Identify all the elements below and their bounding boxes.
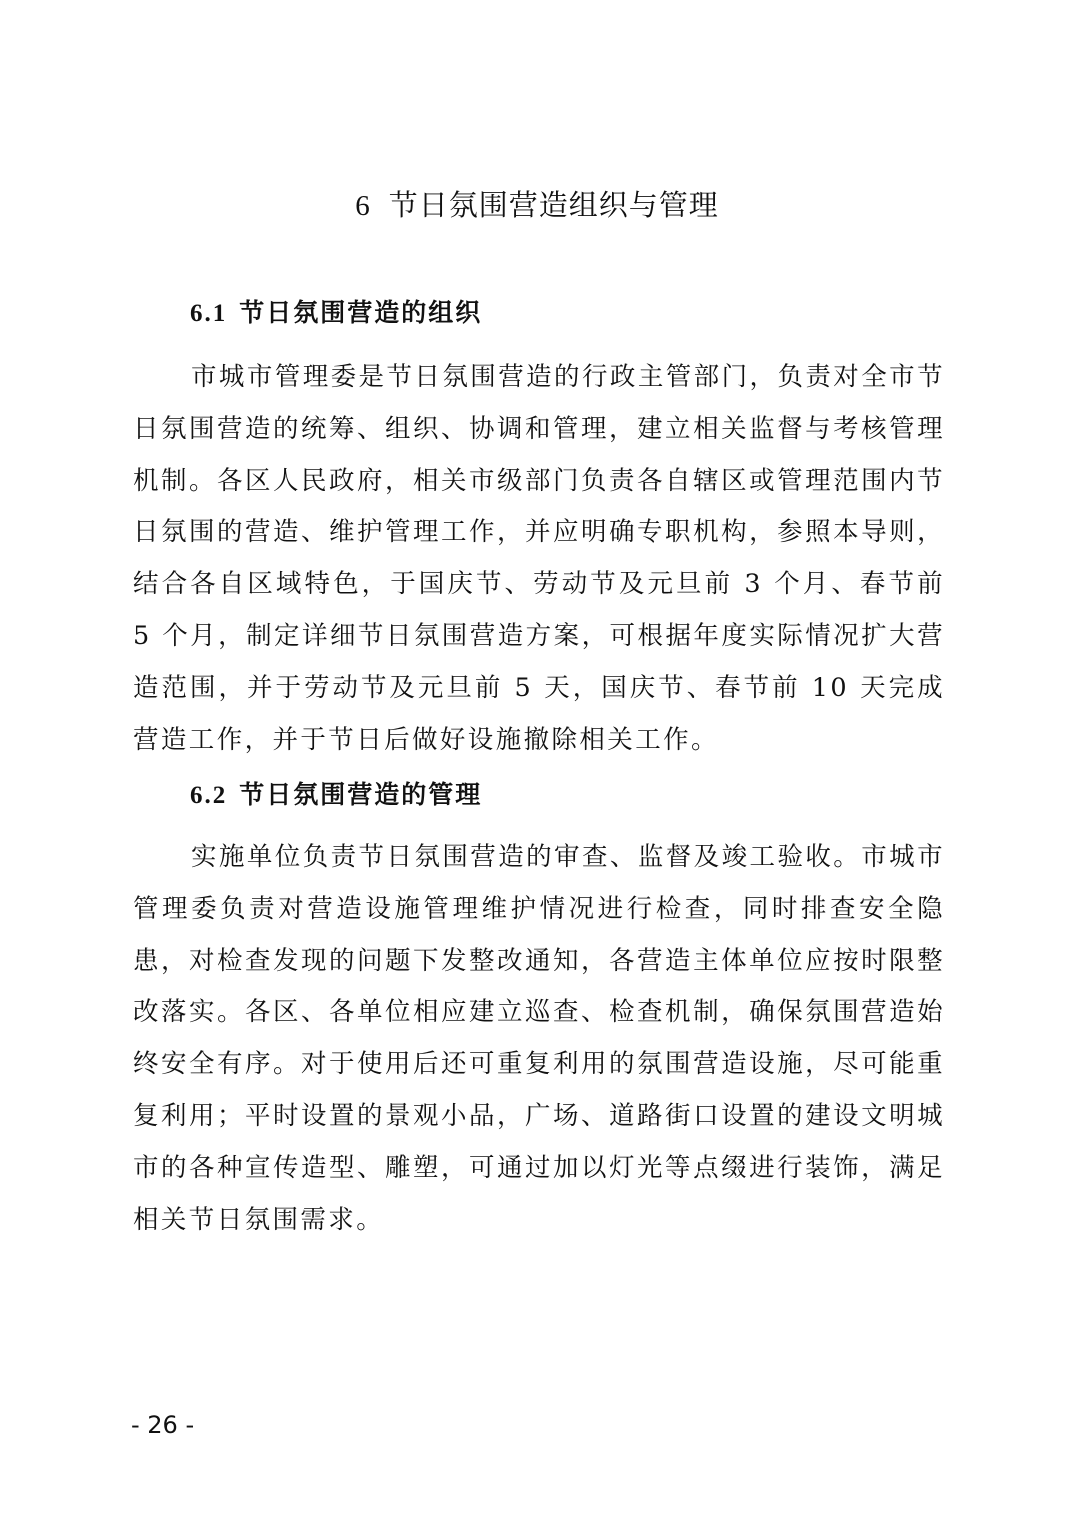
chapter-title: 6节日氛围营造组织与管理 bbox=[0, 183, 1074, 228]
section-number: 6.2 bbox=[190, 782, 227, 809]
section-title-text: 节日氛围营造的管理 bbox=[239, 780, 482, 809]
section-number: 6.1 bbox=[190, 300, 227, 327]
document-page: 6节日氛围营造组织与管理 6.1节日氛围营造的组织 市城市管理委是节日氛围营造的… bbox=[0, 0, 1074, 1520]
section-title-text: 节日氛围营造的组织 bbox=[239, 298, 482, 327]
section-heading-6-2: 6.2节日氛围营造的管理 bbox=[190, 775, 482, 816]
section-6-1-paragraph: 市城市管理委是节日氛围营造的行政主管部门，负责对全市节日氛围营造的统筹、组织、协… bbox=[133, 352, 945, 766]
chapter-number: 6 bbox=[355, 190, 371, 222]
section-heading-6-1: 6.1节日氛围营造的组织 bbox=[190, 293, 482, 334]
page-number: - 26 - bbox=[131, 1408, 194, 1442]
section-6-2-paragraph: 实施单位负责节日氛围营造的审查、监督及竣工验收。市城市管理委负责对营造设施管理维… bbox=[133, 832, 945, 1246]
chapter-title-text: 节日氛围营造组织与管理 bbox=[389, 188, 719, 222]
